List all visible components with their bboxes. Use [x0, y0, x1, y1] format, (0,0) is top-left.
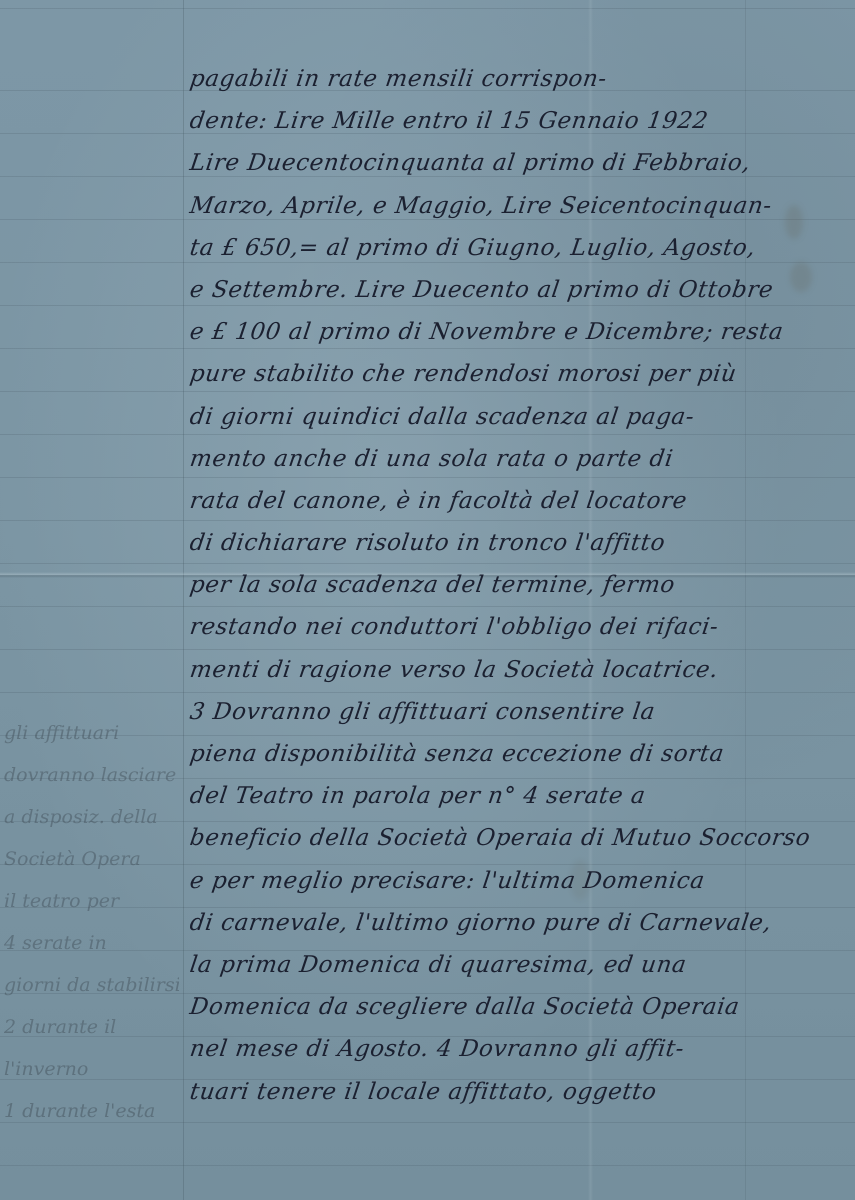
text-line: tuari tenere il locale affittato, oggett… [187, 1071, 783, 1113]
text-line: e Settembre. Lire Duecento al primo di O… [187, 269, 783, 311]
margin-note-line: il teatro per [4, 880, 179, 922]
margin-note-line: Società Opera [4, 838, 179, 880]
text-line: restando nei conduttori l'obbligo dei ri… [187, 606, 783, 648]
text-line: menti di ragione verso la Società locatr… [187, 649, 783, 691]
margin-note-line: giorni da stabilirsi [4, 964, 179, 1006]
text-line: e £ 100 al primo di Novembre e Dicembre;… [187, 311, 783, 353]
margin-note-line: a disposiz. della [4, 796, 179, 838]
margin-note-line: dovranno lasciare [4, 754, 179, 796]
margin-note-line: 4 serate in [4, 922, 179, 964]
text-line: rata del canone, è in facoltà del locato… [187, 480, 783, 522]
text-line: di dichiarare risoluto in tronco l'affit… [187, 522, 783, 564]
text-line: del Teatro in parola per n° 4 serate a [187, 775, 783, 817]
margin-note-line: 1 durante l'esta [4, 1090, 179, 1132]
text-line: Lire Duecentocinquanta al primo di Febbr… [187, 142, 783, 184]
handwritten-body-text: pagabili in rate mensili corrispon- dent… [190, 58, 780, 1113]
margin-note-line: gli affittuari [4, 712, 179, 754]
text-line: beneficio della Società Operaia di Mutuo… [187, 817, 783, 859]
text-line: pure stabilito che rendendosi morosi per… [187, 353, 783, 395]
text-line: pagabili in rate mensili corrispon- [187, 58, 783, 100]
text-line: Domenica da scegliere dalla Società Oper… [187, 986, 783, 1028]
text-line: piena disponibilità senza eccezione di s… [187, 733, 783, 775]
text-line: di giorni quindici dalla scadenza al pag… [187, 396, 783, 438]
text-line: dente: Lire Mille entro il 15 Gennaio 19… [187, 100, 783, 142]
paper-stain [785, 205, 803, 239]
text-line: Marzo, Aprile, e Maggio, Lire Seicentoci… [187, 185, 783, 227]
text-line: la prima Domenica di quaresima, ed una [187, 944, 783, 986]
left-margin-line [183, 0, 184, 1200]
text-line: di carnevale, l'ultimo giorno pure di Ca… [187, 902, 783, 944]
text-line: e per meglio precisare: l'ultima Domenic… [187, 860, 783, 902]
text-line: per la sola scadenza del termine, fermo [187, 564, 783, 606]
margin-note-line: l'inverno [4, 1048, 179, 1090]
document-page: gli affittuari dovranno lasciare a dispo… [0, 0, 855, 1200]
margin-note-line: 2 durante il [4, 1006, 179, 1048]
text-line: 3 Dovranno gli affittuari consentire la [187, 691, 783, 733]
text-line: mento anche di una sola rata o parte di [187, 438, 783, 480]
text-line: ta £ 650,= al primo di Giugno, Luglio, A… [187, 227, 783, 269]
text-line: nel mese di Agosto. 4 Dovranno gli affit… [187, 1028, 783, 1070]
paper-stain [790, 262, 812, 292]
margin-bleed-through-text: gli affittuari dovranno lasciare a dispo… [4, 712, 179, 1132]
